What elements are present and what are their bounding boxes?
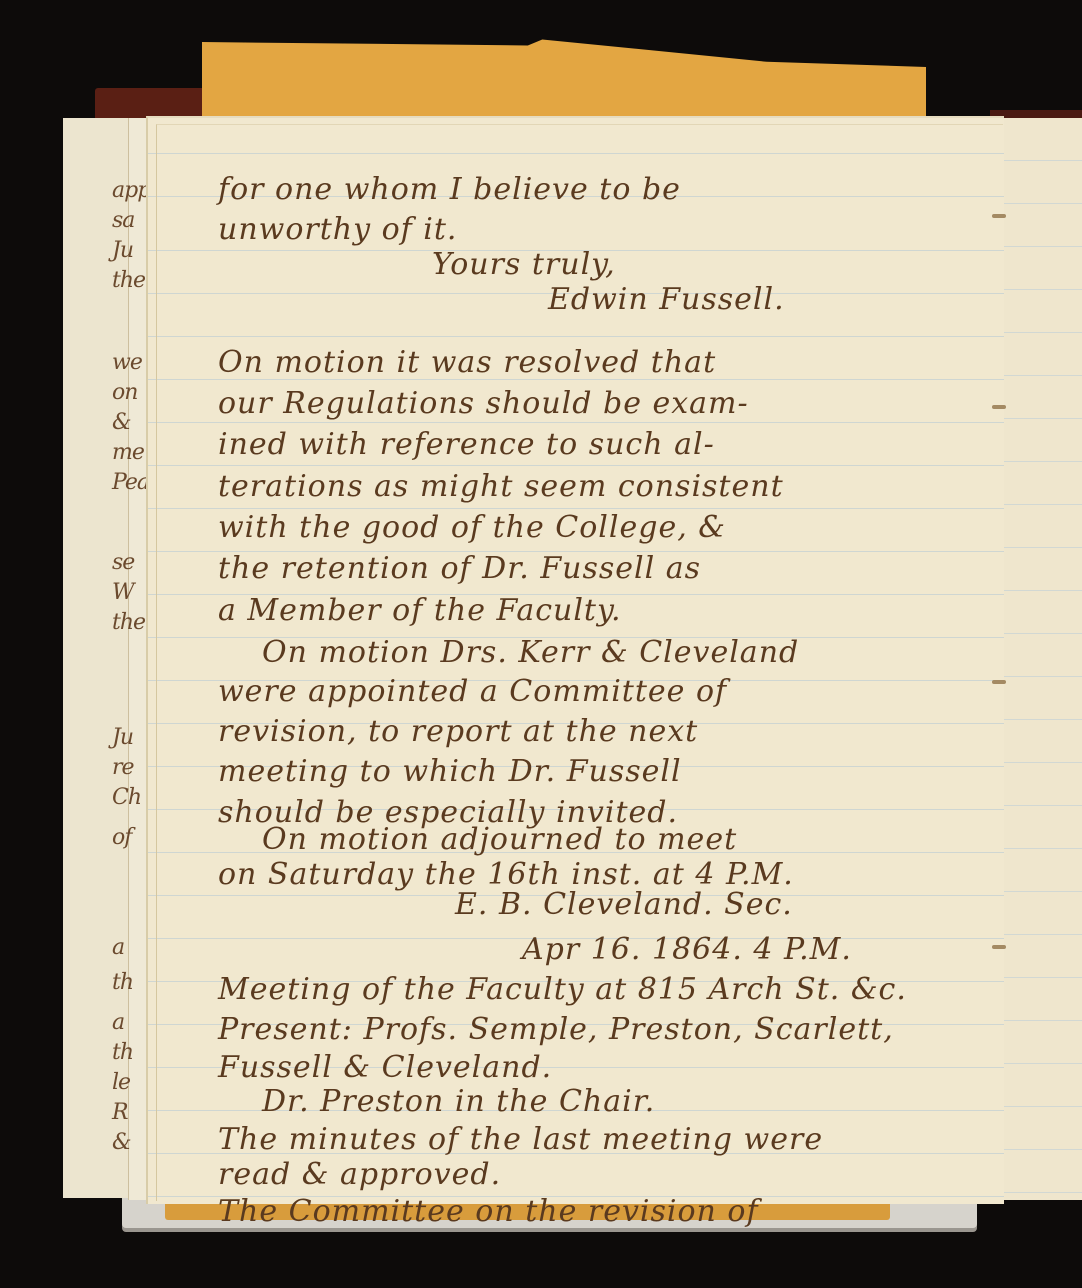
- handwritten-line: On motion adjourned to meet: [262, 822, 737, 857]
- left-page-fragment: R: [112, 1100, 128, 1125]
- left-page-fragment: the: [112, 610, 145, 635]
- handwritten-line: a Member of the Faculty.: [218, 593, 621, 628]
- handwritten-line: ined with reference to such al-: [218, 427, 715, 462]
- left-page-fragment: &: [112, 1130, 131, 1155]
- binding-thread: [992, 680, 1006, 684]
- left-page-fragment: a: [112, 1010, 124, 1035]
- left-page-fragment: on: [112, 380, 137, 405]
- handwritten-line: Present: Profs. Semple, Preston, Scarlet…: [218, 1012, 894, 1047]
- yellow-envelope-insert: [202, 36, 926, 122]
- handwritten-line: Edwin Fussell.: [548, 282, 785, 317]
- binding-thread: [992, 214, 1006, 218]
- left-page-fragment: th: [112, 1040, 133, 1065]
- handwritten-line: The Committee on the revision of: [218, 1194, 759, 1229]
- handwritten-line: The minutes of the last meeting were: [218, 1122, 823, 1157]
- left-page-fragment: Ju: [112, 238, 133, 263]
- left-page-fragment: re: [112, 755, 134, 780]
- left-page-fragment: the: [112, 268, 145, 293]
- left-page-fragment: le: [112, 1070, 130, 1095]
- handwritten-line: the retention of Dr. Fussell as: [218, 551, 701, 586]
- left-page-fragment: app: [112, 178, 150, 203]
- left-page-fragment: sa: [112, 208, 134, 233]
- handwritten-line: On motion Drs. Kerr & Cleveland: [262, 635, 799, 670]
- handwritten-line: On motion it was resolved that: [218, 345, 716, 380]
- handwritten-line: unworthy of it.: [218, 212, 457, 247]
- handwritten-line: read & approved.: [218, 1157, 501, 1192]
- left-page-fragment: Ch: [112, 785, 141, 810]
- handwritten-line: Meeting of the Faculty at 815 Arch St. &…: [218, 972, 907, 1007]
- binding-thread: [992, 945, 1006, 949]
- left-page-fragment: Ju: [112, 725, 133, 750]
- left-page-fragment: W: [112, 580, 134, 605]
- handwritten-line: Fussell & Cleveland.: [218, 1050, 552, 1085]
- left-page-fragment: se: [112, 550, 134, 575]
- left-page-fragment: of: [112, 825, 131, 850]
- right-facing-page: [1002, 118, 1082, 1200]
- left-page-fragment: th: [112, 970, 133, 995]
- handwritten-line: Apr 16. 1864. 4 P.M.: [522, 932, 852, 967]
- handwritten-line: revision, to report at the next: [218, 714, 698, 749]
- handwritten-line: our Regulations should be exam-: [218, 386, 749, 421]
- handwritten-line: with the good of the College, &: [218, 510, 726, 545]
- handwritten-line: Yours truly,: [432, 247, 616, 282]
- left-page-fragment: a: [112, 935, 124, 960]
- left-page-fragment: &: [112, 410, 131, 435]
- binding-thread: [992, 405, 1006, 409]
- left-page-fragment: me: [112, 440, 144, 465]
- handwritten-line: terations as might seem consistent: [218, 469, 784, 504]
- handwritten-line: E. B. Cleveland. Sec.: [455, 887, 793, 922]
- left-page-fragment: we: [112, 350, 142, 375]
- handwritten-line: were appointed a Committee of: [218, 674, 727, 709]
- handwritten-line: for one whom I believe to be: [218, 172, 681, 207]
- handwritten-line: Dr. Preston in the Chair.: [262, 1084, 655, 1119]
- handwritten-line: meeting to which Dr. Fussell: [218, 754, 682, 789]
- left-page-fragment: Pea: [112, 470, 149, 495]
